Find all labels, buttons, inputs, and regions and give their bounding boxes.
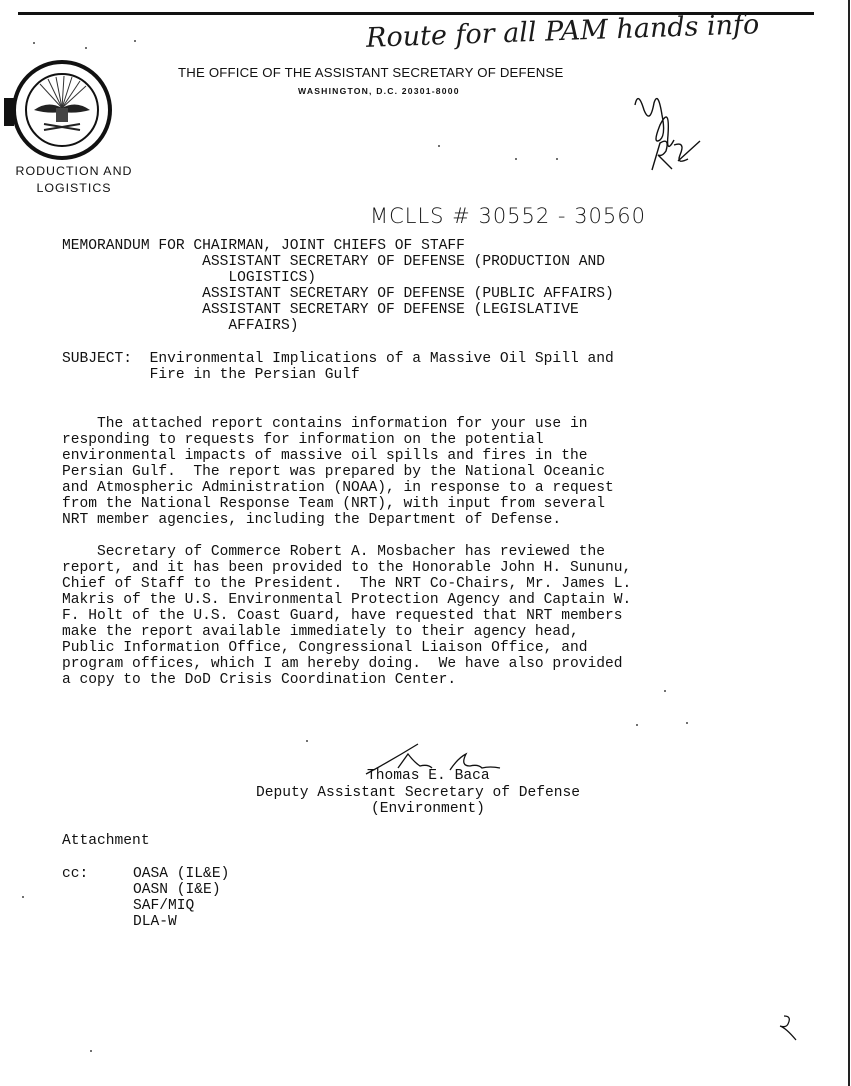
- signatory-name: Thomas E. Baca: [367, 768, 490, 784]
- handwritten-initials-icon: [630, 85, 710, 175]
- scan-speck: [22, 896, 24, 898]
- scan-speck: [134, 40, 136, 42]
- scan-speck: [556, 158, 558, 160]
- scan-speck: [636, 724, 638, 726]
- body-paragraph-1: The attached report contains information…: [62, 416, 614, 528]
- dod-seal-icon: [4, 60, 116, 160]
- body-paragraph-2: Secretary of Commerce Robert A. Mosbache…: [62, 544, 631, 688]
- department-line-1: RODUCTION AND: [0, 163, 148, 180]
- handwritten-control-number: MCLLS # 30552 - 30560: [370, 204, 646, 228]
- scan-speck: [664, 690, 666, 692]
- office-address: WASHINGTON, D.C. 20301-8000: [298, 86, 460, 96]
- handwritten-page-number-icon: [778, 1014, 800, 1044]
- scan-speck: [90, 1050, 92, 1052]
- scan-speck: [85, 47, 87, 49]
- memo-subject: SUBJECT: Environmental Implications of a…: [62, 351, 614, 383]
- cc-list: OASA (IL&E) OASN (I&E) SAF/MIQ DLA-W: [133, 866, 229, 930]
- cc-label: cc:: [62, 866, 88, 882]
- signatory-title: Deputy Assistant Secretary of Defense: [256, 785, 580, 801]
- handwritten-routing-note: Route for all PAM hands info: [366, 9, 760, 54]
- signatory-office: (Environment): [371, 801, 485, 817]
- office-title: THE OFFICE OF THE ASSISTANT SECRETARY OF…: [178, 65, 564, 80]
- memorandum-recipients: MEMORANDUM FOR CHAIRMAN, JOINT CHIEFS OF…: [62, 238, 614, 334]
- scan-speck: [306, 740, 308, 742]
- department-line-2: LOGISTICS: [0, 180, 148, 197]
- scan-speck: [686, 722, 688, 724]
- scan-speck: [438, 145, 440, 147]
- page-edge: [848, 0, 850, 1086]
- scan-speck: [33, 42, 35, 44]
- attachment-label: Attachment: [62, 833, 150, 849]
- scan-speck: [515, 158, 517, 160]
- office-department: RODUCTION AND LOGISTICS: [0, 163, 148, 197]
